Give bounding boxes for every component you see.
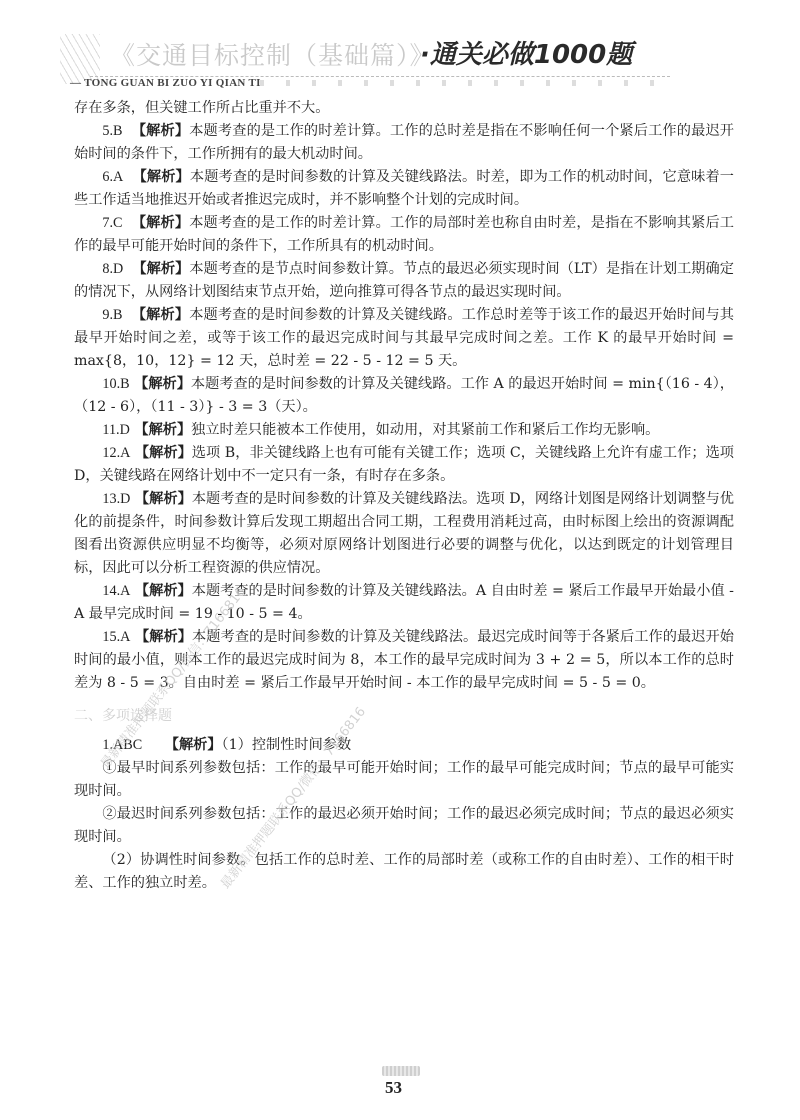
page-number: 53 [385, 1078, 402, 1098]
paragraph: ②最迟时间系列参数包括：工作的最迟必须开始时间；工作的最迟必须完成时间；节点的最… [74, 803, 734, 849]
answer-12: 12.A 【解析】选项 B，非关键线路上也有可能有关键工作；选项 C，关键线路上… [74, 442, 734, 488]
series-title: ·通关必做1000题 [420, 34, 632, 71]
running-header: 《交通目标控制（基础篇）》 ·通关必做1000题 — TONG GUAN BI … [60, 30, 740, 100]
paragraph: ①最早时间系列参数包括：工作的最早可能开始时间；工作的最早可能完成时间；节点的最… [74, 757, 734, 803]
answer-5: 5.B 【解析】本题考查的是工作的时差计算。工作的总时差是指在不影响任何一个紧后… [74, 120, 734, 166]
answer-content: 存在多条，但关键工作所占比重并不大。 5.B 【解析】本题考查的是工作的时差计算… [74, 97, 734, 895]
paragraph: （2）协调性时间参数。包括工作的总时差、工作的局部时差（或称工作的自由时差）、工… [74, 849, 734, 895]
header-dots [260, 80, 660, 86]
answer-10: 10.B 【解析】本题考查的是时间参数的计算及关键线路。工作 A 的最迟开始时间… [74, 373, 734, 419]
answer-multi-1: 1.ABC 【解析】（1）控制性时间参数 [74, 734, 734, 757]
answer-11: 11.D 【解析】独立时差只能被本工作使用，如动用，对其紧前工作和紧后工作均无影… [74, 419, 734, 442]
answer-14: 14.A 【解析】本题考查的是时间参数的计算及关键线路法。A 自由时差 = 紧后… [74, 580, 734, 626]
answer-8: 8.D 【解析】本题考查的是节点时间参数计算。节点的最迟必须实现时间（LT）是指… [74, 258, 734, 304]
answer-9: 9.B 【解析】本题考查的是时间参数的计算及关键线路。工作总时差等于该工作的最迟… [74, 304, 734, 373]
book-title: 《交通目标控制（基础篇）》 [110, 36, 436, 72]
paragraph: 存在多条，但关键工作所占比重并不大。 [74, 97, 734, 120]
answer-7: 7.C 【解析】本题考查的是工作的时差计算。工作的局部时差也称自由时差，是指在不… [74, 212, 734, 258]
answer-13: 13.D 【解析】本题考查的是时间参数的计算及关键线路法。选项 D，网络计划图是… [74, 488, 734, 580]
answer-6: 6.A 【解析】本题考查的是时间参数的计算及关键线路法。时差，即为工作的机动时间… [74, 166, 734, 212]
section-heading: 二、多项选择题 [74, 705, 734, 728]
header-pinyin: — TONG GUAN BI ZUO YI QIAN TI [70, 77, 261, 89]
footer-badge [382, 1066, 420, 1076]
